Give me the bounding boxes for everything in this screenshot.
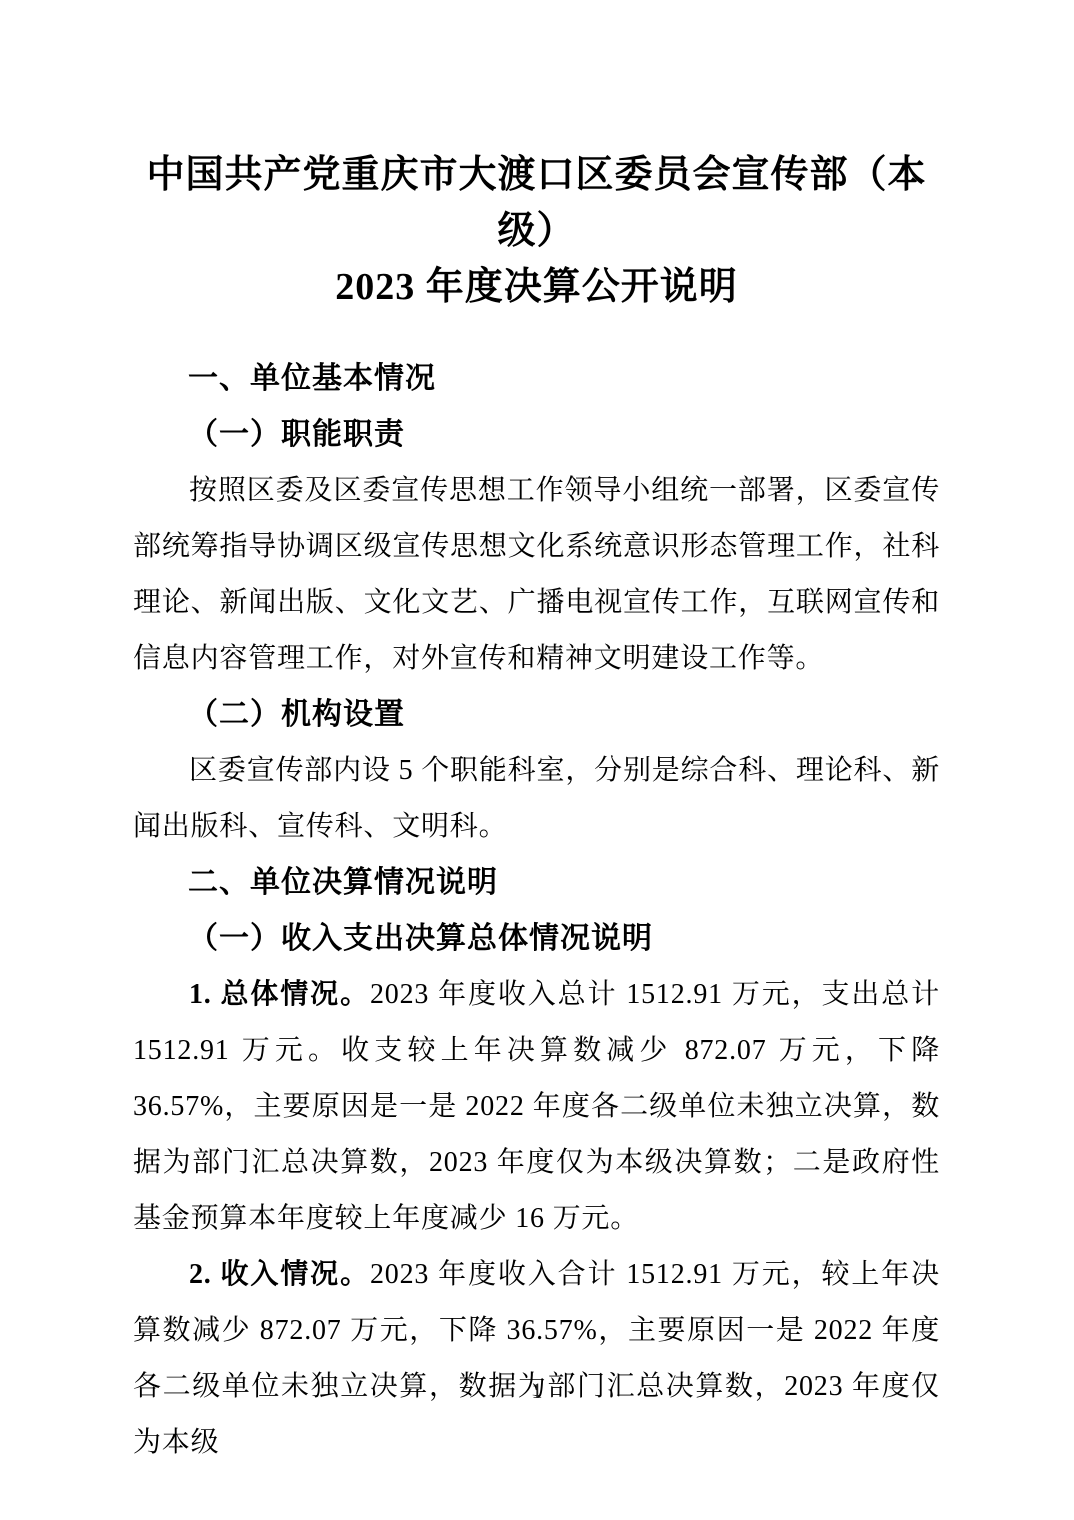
paragraph-overall-situation: 1. 总体情况。2023 年度收入总计 1512.91 万元，支出总计 1512… — [133, 967, 940, 1247]
page-number: 1 — [0, 1376, 1074, 1406]
section-1-sub-2-heading: （二）机构设置 — [133, 687, 940, 743]
paragraph-income-situation-lead: 2. 收入情况。 — [189, 1259, 370, 1290]
document-title: 中国共产党重庆市大渡口区委员会宣传部（本级） 2023 年度决算公开说明 — [133, 147, 940, 315]
title-line-2: 2023 年度决算公开说明 — [133, 259, 940, 315]
paragraph-overall-situation-lead: 1. 总体情况。 — [189, 979, 370, 1010]
document-page: 中国共产党重庆市大渡口区委员会宣传部（本级） 2023 年度决算公开说明 一、单… — [0, 0, 1074, 1520]
document-content: 中国共产党重庆市大渡口区委员会宣传部（本级） 2023 年度决算公开说明 一、单… — [0, 147, 1074, 1471]
title-line-1: 中国共产党重庆市大渡口区委员会宣传部（本级） — [133, 147, 940, 259]
paragraph-income-situation: 2. 收入情况。2023 年度收入合计 1512.91 万元，较上年决算数减少 … — [133, 1247, 940, 1471]
section-1-heading: 一、单位基本情况 — [133, 351, 940, 407]
section-2-heading: 二、单位决算情况说明 — [133, 855, 940, 911]
section-1-sub-1-heading: （一）职能职责 — [133, 407, 940, 463]
paragraph-overall-situation-text: 2023 年度收入总计 1512.91 万元，支出总计 1512.91 万元。收… — [133, 979, 940, 1234]
paragraph-duties: 按照区委及区委宣传思想工作领导小组统一部署，区委宣传部统筹指导协调区级宣传思想文… — [133, 463, 940, 687]
section-2-sub-1-heading: （一）收入支出决算总体情况说明 — [133, 911, 940, 967]
paragraph-organization: 区委宣传部内设 5 个职能科室，分别是综合科、理论科、新闻出版科、宣传科、文明科… — [133, 743, 940, 855]
